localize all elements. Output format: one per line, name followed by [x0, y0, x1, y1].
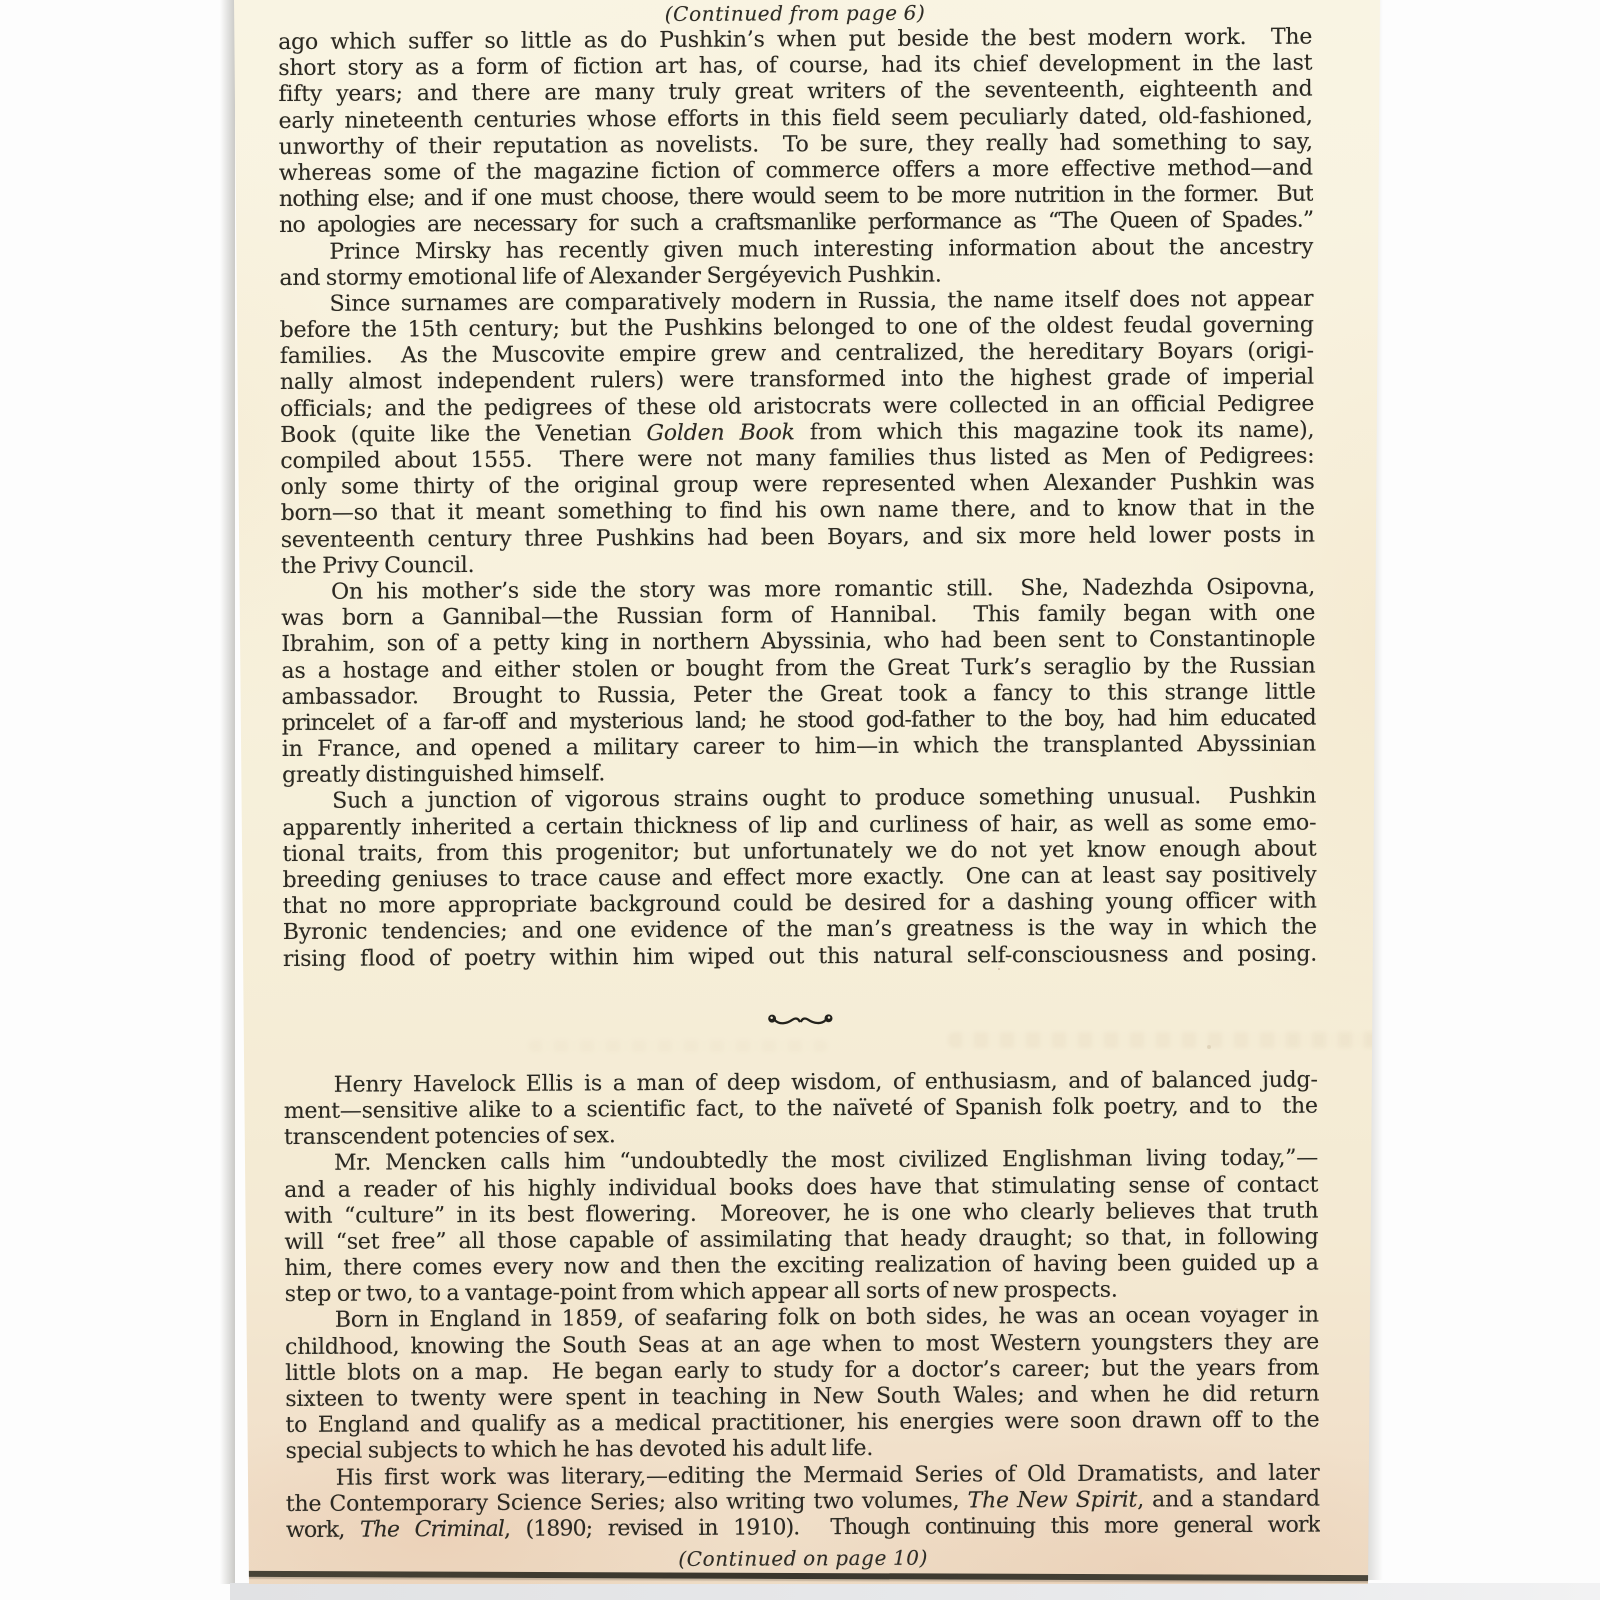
italic-title-text: Golden Book	[646, 420, 794, 446]
body-text-run: was born a Gannibal—the Russian form of …	[281, 601, 1315, 631]
body-text-run: ambassador. Brought to Russia, Peter the…	[282, 679, 1316, 709]
body-text-run: Such a junction of vigorous strains ough…	[332, 784, 1316, 814]
body-text-run: nothing else; and if one must choose, th…	[279, 182, 1313, 212]
paragraph: ago which suffer so little as do Pushkin…	[278, 25, 1313, 240]
paragraph: On his mother’s side the story was more …	[281, 575, 1316, 790]
torn-bottom-edge	[244, 1571, 1372, 1581]
scanned-page: (Continued from page 6) ago which suffer…	[0, 0, 1600, 1600]
body-text-run: childhood, knowing the South Seas at an …	[285, 1329, 1319, 1359]
continued-on-note: (Continued on page 10)	[286, 1543, 1320, 1575]
paragraph: His first work was literary,—editing the…	[286, 1460, 1320, 1544]
text-column: (Continued from page 6) ago which suffer…	[278, 0, 1320, 1574]
newsprint-clipping: (Continued from page 6) ago which suffer…	[228, 0, 1380, 1584]
body-text-run: Mr. Mencken calls him “undoubtedly the m…	[334, 1146, 1318, 1176]
body-text-run: in France, and opened a military career …	[282, 732, 1316, 762]
body-text-run: special subjects to which he has devoted…	[286, 1436, 874, 1464]
body-text-run: Byronic tendencies; and one evidence of …	[283, 915, 1317, 945]
body-text-run: families. As the Muscovite empire grew a…	[280, 339, 1314, 369]
body-text-run: ment—sensitive alike to a scientific fac…	[284, 1094, 1318, 1124]
italic-title-text: The New Spirit	[968, 1487, 1138, 1513]
body-text-run: greatly distinguished himself.	[282, 762, 605, 789]
body-text-run: Henry Havelock Ellis is a man of deep wi…	[334, 1067, 1318, 1097]
body-text-run: Book (quite like the Venetian	[280, 421, 646, 448]
body-text-run: early nineteenth centuries whose efforts…	[279, 103, 1313, 133]
scan-edge-shadow-left	[220, 0, 235, 1584]
body-text-run: On his mother’s side the story was more …	[331, 575, 1315, 605]
article-section-pushkin: ago which suffer so little as do Pushkin…	[278, 25, 1317, 973]
text-line: ment—sensitive alike to a scientific fac…	[284, 1094, 1318, 1126]
body-text-run: to England and qualify as a medical prac…	[285, 1408, 1319, 1438]
text-line: rising flood of poetry within him wiped …	[283, 941, 1317, 973]
body-text-run: sixteen to twenty were spent in teaching…	[285, 1382, 1319, 1412]
body-text-run: fifty years; and there are many truly gr…	[278, 77, 1312, 107]
italic-title-text: The Criminal	[360, 1517, 504, 1543]
body-text-run: work,	[286, 1518, 360, 1543]
body-text-run: , (1890; revised in 1910). Though contin…	[504, 1513, 1320, 1542]
body-text-run: rising flood of poetry within him wiped …	[283, 941, 1317, 971]
body-text-run: Born in England in 1859, of seafaring fo…	[335, 1303, 1319, 1333]
text-line: work, The Criminal, (1890; revised in 19…	[286, 1513, 1320, 1545]
body-text-run: nally almost independent rulers) were tr…	[280, 365, 1314, 395]
body-text-run: that no more appropriate background coul…	[283, 889, 1317, 919]
text-line: seventeenth century three Pushkins had b…	[281, 522, 1315, 554]
paragraph: Mr. Mencken calls him “undoubtedly the m…	[284, 1146, 1319, 1309]
body-text-run: him, there comes every now and then the …	[285, 1251, 1319, 1281]
paragraph: Such a junction of vigorous strains ough…	[282, 784, 1317, 973]
body-text-run: princelet of a far-off and mysterious la…	[282, 705, 1316, 735]
body-text-run: Prince Mirsky has recently given much in…	[329, 234, 1313, 264]
body-text-run: compiled about 1555. There were not many…	[280, 444, 1314, 474]
body-text-run: His first work was literary,—editing the…	[336, 1460, 1320, 1490]
body-text-run: unworthy of their reputation as novelist…	[279, 129, 1313, 159]
body-text-run: Ibrahim, son of a petty king in northern…	[281, 627, 1315, 657]
body-text-run: and a reader of his highly individual bo…	[284, 1172, 1318, 1202]
paragraph: Prince Mirsky has recently given much in…	[279, 234, 1313, 292]
body-text-run: and stormy emotional life of Alexander S…	[279, 262, 941, 290]
body-text-run: the Privy Council.	[281, 553, 475, 579]
section-divider	[283, 967, 1318, 1072]
body-text-run: breeding geniuses to trace cause and eff…	[283, 863, 1317, 893]
scanner-bed-strip	[230, 1583, 1600, 1600]
paragraph: Since surnames are comparatively modern …	[280, 286, 1315, 579]
body-text-run: ago which suffer so little as do Pushkin…	[278, 25, 1312, 55]
body-text-run: apparently inherited a certain thickness…	[282, 810, 1316, 840]
paragraph: Henry Havelock Ellis is a man of deep wi…	[284, 1067, 1318, 1151]
body-text-run: transcendent potencies of sex.	[284, 1123, 616, 1150]
body-text-run: whereas some of the magazine fiction of …	[279, 156, 1313, 186]
body-text-run: as a hostage and either stolen or bought…	[281, 653, 1315, 683]
body-text-run: Since surnames are comparatively modern …	[330, 286, 1314, 316]
body-text-run: before the 15th century; but the Pushkin…	[280, 313, 1314, 343]
body-text-run: officials; and the pedigrees of these ol…	[280, 391, 1314, 421]
body-text-run: no apologies are necessary for such a cr…	[279, 208, 1313, 238]
body-text-run: born—so that it meant something to find …	[281, 496, 1315, 526]
body-text-run: from which this magazine took its name),	[795, 417, 1315, 445]
body-text-run: seventeenth century three Pushkins had b…	[281, 522, 1315, 552]
body-text-run: with “culture” in its best flowering. Mo…	[284, 1198, 1318, 1228]
body-text-run: will “set free” all those capable of ass…	[284, 1224, 1318, 1254]
body-text-run: tional traits, from this progenitor; but…	[282, 836, 1316, 866]
body-text-run: short story as a form of fiction art has…	[278, 51, 1312, 81]
paragraph: Born in England in 1859, of seafaring fo…	[285, 1303, 1320, 1466]
body-text-run: step or two, to a vantage-point from whi…	[285, 1278, 1118, 1307]
body-text-run: little blots on a map. He began early to…	[285, 1355, 1319, 1385]
article-section-ellis: Henry Havelock Ellis is a man of deep wi…	[284, 1067, 1320, 1544]
text-line: Prince Mirsky has recently given much in…	[279, 234, 1313, 266]
body-text-run: the Contemporary Science Series; also wr…	[286, 1488, 968, 1517]
fleuron-ornament-icon	[764, 1007, 836, 1033]
body-text-run: , and a standard	[1137, 1486, 1320, 1512]
body-text-run: only some thirty of the original group w…	[280, 470, 1314, 500]
